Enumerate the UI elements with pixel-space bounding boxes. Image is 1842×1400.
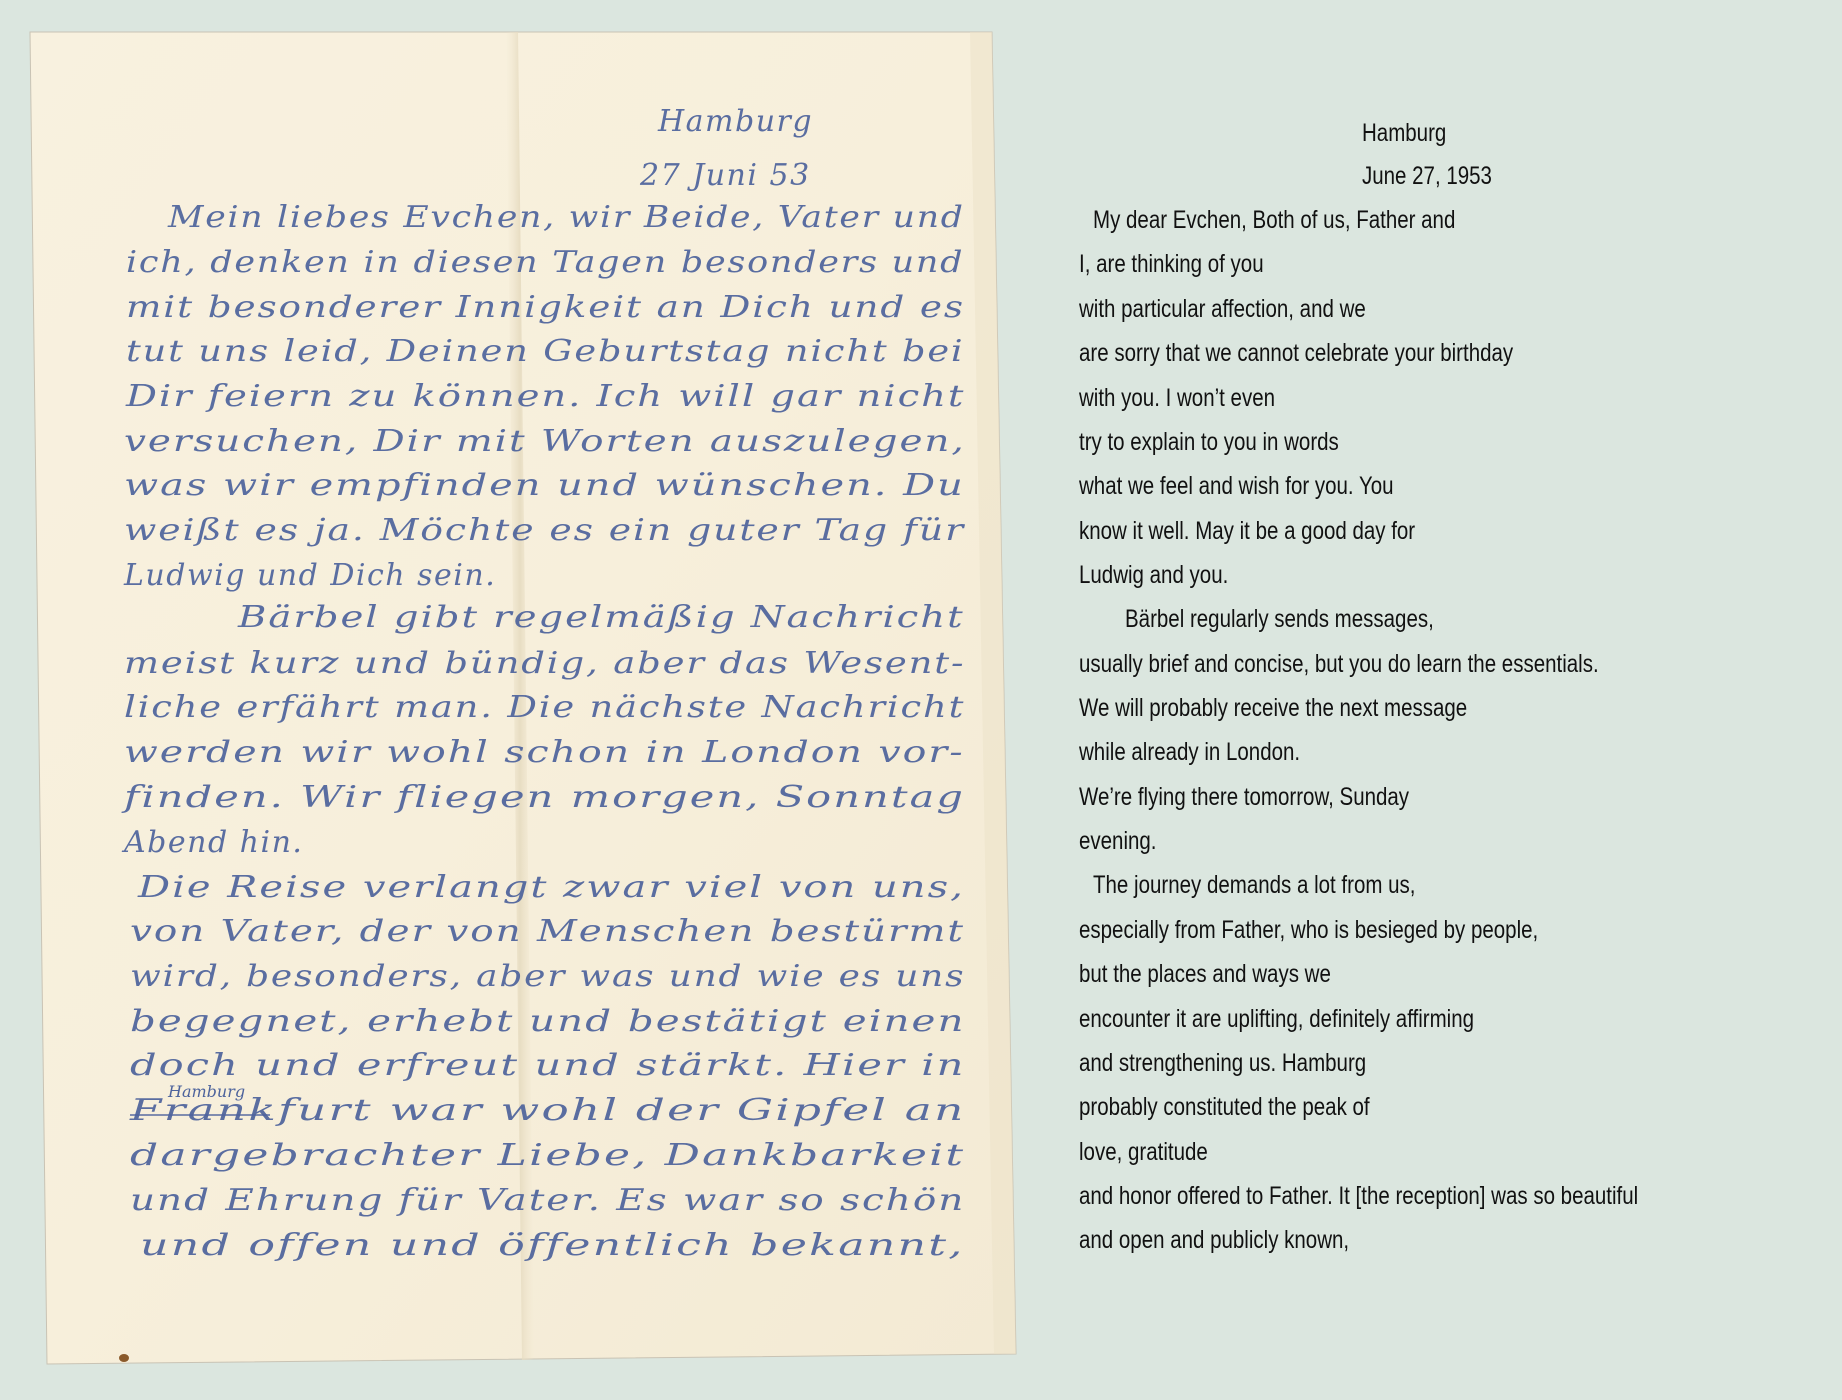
handwritten-line: Die Reise verlangt zwar viel von uns, — [138, 870, 965, 905]
handwritten-date: 27 Juni 53 — [640, 158, 811, 193]
translation-line: but the places and ways we — [1079, 959, 1331, 989]
handwritten-line: und offen und öffentlich bekannt, — [140, 1228, 965, 1263]
handwritten-line: Bärbel gibt regelmäßig Nachricht — [238, 600, 965, 635]
handwritten-line: tut uns leid, Deinen Geburtstag nicht be… — [126, 334, 965, 369]
translation-line: are sorry that we cannot celebrate your … — [1079, 338, 1513, 368]
handwritten-line: finden. Wir fliegen morgen, Sonntag — [124, 780, 965, 815]
handwritten-line: Ludwig und Dich sein. — [124, 558, 496, 593]
handwritten-line: werden wir wohl schon in London vor- — [124, 735, 965, 770]
translation-line: evening. — [1079, 826, 1157, 856]
translation-line: We will probably receive the next messag… — [1079, 693, 1467, 723]
translation-line: probably constituted the peak of — [1079, 1092, 1370, 1122]
handwritten-line: doch und erfreut und stärkt. Hier in — [130, 1048, 965, 1083]
translation-place: Hamburg — [1362, 118, 1446, 148]
translation-line: love, gratitude — [1079, 1137, 1208, 1167]
handwritten-line: wird, besonders, aber was und wie es uns — [130, 959, 965, 994]
translation-line: what we feel and wish for you. You — [1079, 471, 1394, 501]
handwritten-line: Mein liebes Evchen, wir Beide, Vater und — [168, 200, 965, 235]
translation-line: Bärbel regularly sends messages, — [1125, 604, 1434, 634]
handwritten-line: liche erfährt man. Die nächste Nachricht — [124, 690, 965, 725]
translation-line: and open and publicly known, — [1079, 1225, 1349, 1255]
handwritten-line: meist kurz und bündig, aber das Wesent- — [124, 646, 965, 681]
handwritten-line: ich, denken in diesen Tagen besonders un… — [126, 245, 964, 280]
handwritten-line: dargebrachter Liebe, Dankbarkeit — [130, 1138, 965, 1173]
handwritten-line: und Ehrung für Vater. Es war so schön — [130, 1183, 965, 1218]
translation-date: June 27, 1953 — [1362, 161, 1492, 191]
handwritten-line: Frankfurt war wohl der Gipfel an — [130, 1093, 966, 1128]
translation-line: with particular affection, and we — [1079, 294, 1366, 324]
handwritten-line: was wir empfinden und wünschen. Du — [124, 468, 965, 503]
handwritten-insertion: Hamburg — [168, 1082, 245, 1101]
translation-line: try to explain to you in words — [1079, 427, 1339, 457]
translation-line: know it well. May it be a good day for — [1079, 516, 1415, 546]
translation-line: with you. I won’t even — [1079, 383, 1275, 413]
translation-line: and strengthening us. Hamburg — [1079, 1048, 1366, 1078]
translation-line: and honor offered to Father. It [the rec… — [1079, 1181, 1638, 1211]
translation-line: We’re flying there tomorrow, Sunday — [1079, 782, 1409, 812]
translation-line: especially from Father, who is besieged … — [1079, 915, 1538, 945]
translation-line: The journey demands a lot from us, — [1093, 870, 1415, 900]
handwritten-line: Dir feiern zu können. Ich will gar nicht — [126, 379, 965, 414]
translation-line: My dear Evchen, Both of us, Father and — [1093, 205, 1455, 235]
handwritten-line: von Vater, der von Menschen bestürmt — [130, 914, 965, 949]
handwritten-line: Abend hin. — [124, 825, 303, 860]
translation-line: while already in London. — [1079, 737, 1300, 767]
handwritten-line: begegnet, erhebt und bestätigt einen — [130, 1004, 965, 1039]
translation-line: usually brief and concise, but you do le… — [1079, 649, 1599, 679]
translation-line: encounter it are uplifting, definitely a… — [1079, 1004, 1474, 1034]
translation-line: Ludwig and you. — [1079, 560, 1228, 590]
translation-line: I, are thinking of you — [1079, 249, 1264, 279]
strikethrough-mark — [130, 1114, 270, 1116]
handwritten-line: mit besonderer Innigkeit an Dich und es — [126, 290, 965, 325]
handwritten-line: weißt es ja. Möchte es ein guter Tag für — [124, 513, 965, 548]
handwritten-line: versuchen, Dir mit Worten auszulegen, — [124, 424, 966, 459]
handwritten-place: Hamburg — [658, 104, 813, 139]
